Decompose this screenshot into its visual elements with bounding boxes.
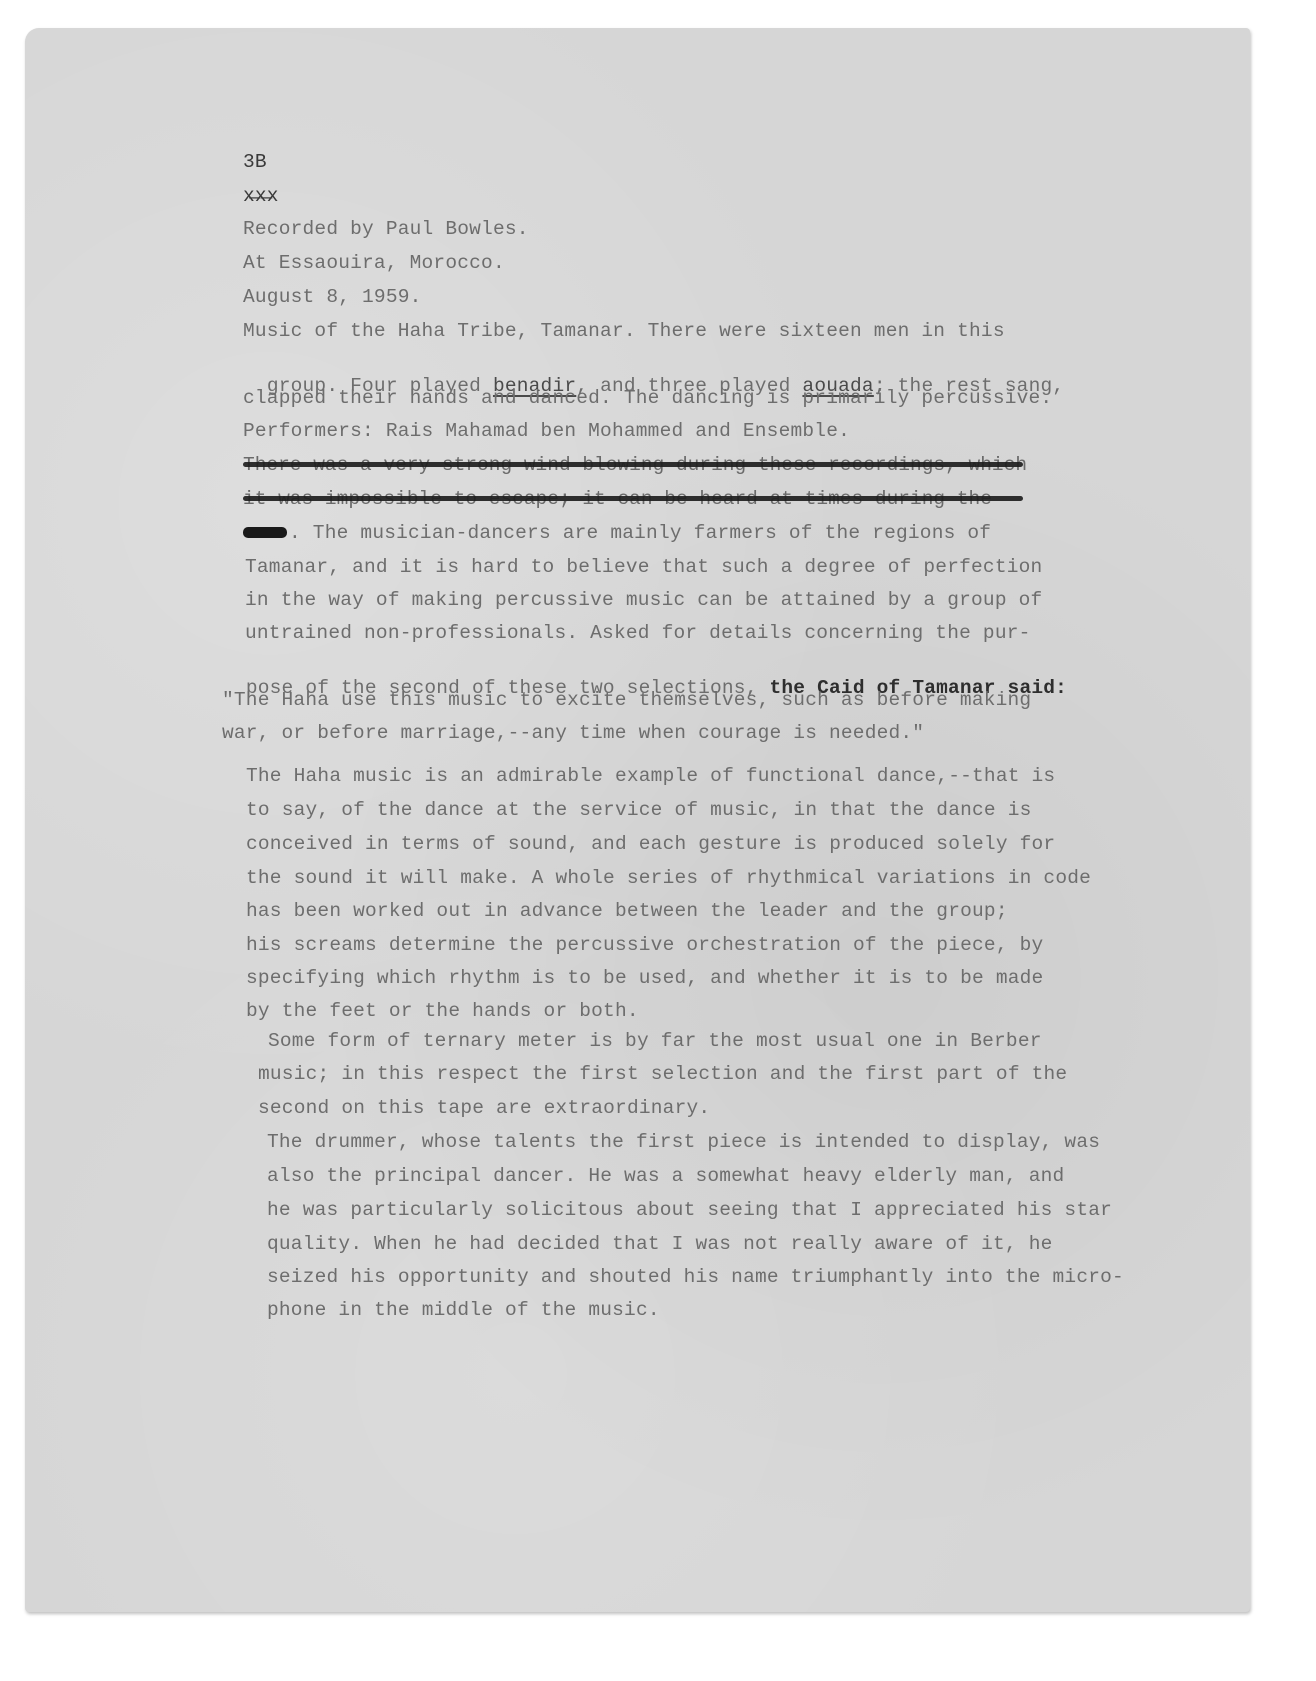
para5-line: also the principal dancer. He was a some… [267, 1165, 1064, 1187]
para2-line: . The musician-dancers are mainly farmer… [243, 522, 991, 544]
date-line: August 8, 1959. [243, 286, 422, 308]
struck-line: There was a very strong wind blowing dur… [243, 454, 1023, 476]
struck-marker: x̶x̶x [243, 185, 279, 207]
text-segment: . The musician-dancers are mainly farmer… [289, 522, 991, 544]
para3-line: specifying which rhythm is to be used, a… [246, 967, 1043, 989]
para1-line: Music of the Haha Tribe, Tamanar. There … [243, 320, 1005, 342]
strikethrough [243, 496, 1023, 501]
para1-line: clapped their hands and danced. The danc… [243, 387, 1052, 409]
para3-line: The Haha music is an admirable example o… [246, 765, 1055, 787]
para2-line: Tamanar, and it is hard to believe that … [245, 556, 1042, 578]
recorded-by-line: Recorded by Paul Bowles. [243, 218, 529, 240]
para5-line: quality. When he had decided that I was … [267, 1233, 1053, 1255]
location-line: At Essaouira, Morocco. [243, 252, 505, 274]
para3-line: by the feet or the hands or both. [246, 1000, 639, 1022]
para2-line: in the way of making percussive music ca… [245, 589, 1042, 611]
redaction-blot [243, 527, 287, 538]
para3-line: has been worked out in advance between t… [246, 900, 1008, 922]
para2-line: war, or before marriage,--any time when … [222, 722, 924, 744]
para4-line: music; in this respect the first selecti… [258, 1063, 1067, 1085]
para5-line: seized his opportunity and shouted his n… [267, 1266, 1124, 1288]
para3-line: the sound it will make. A whole series o… [246, 867, 1091, 889]
strikethrough [243, 462, 1023, 467]
para3-line: his screams determine the percussive orc… [246, 934, 1043, 956]
para5-line: he was particularly solicitous about see… [267, 1199, 1112, 1221]
para4-line: second on this tape are extraordinary. [258, 1097, 710, 1119]
para3-line: to say, of the dance at the service of m… [246, 799, 1032, 821]
para2-line: untrained non-professionals. Asked for d… [245, 622, 1031, 644]
para3-line: conceived in terms of sound, and each ge… [246, 833, 1055, 855]
para2-line: "The Haha use this music to excite thems… [222, 689, 1031, 711]
para4-line: Some form of ternary meter is by far the… [268, 1030, 1042, 1052]
para5-line: The drummer, whose talents the first pie… [267, 1131, 1100, 1153]
para5-line: phone in the middle of the music. [267, 1299, 660, 1321]
struck-line: it was impossible to escape; it can be h… [243, 488, 1023, 510]
performers-line: Performers: Rais Mahamad ben Mohammed an… [243, 420, 850, 442]
page-number: 3B [243, 151, 267, 173]
